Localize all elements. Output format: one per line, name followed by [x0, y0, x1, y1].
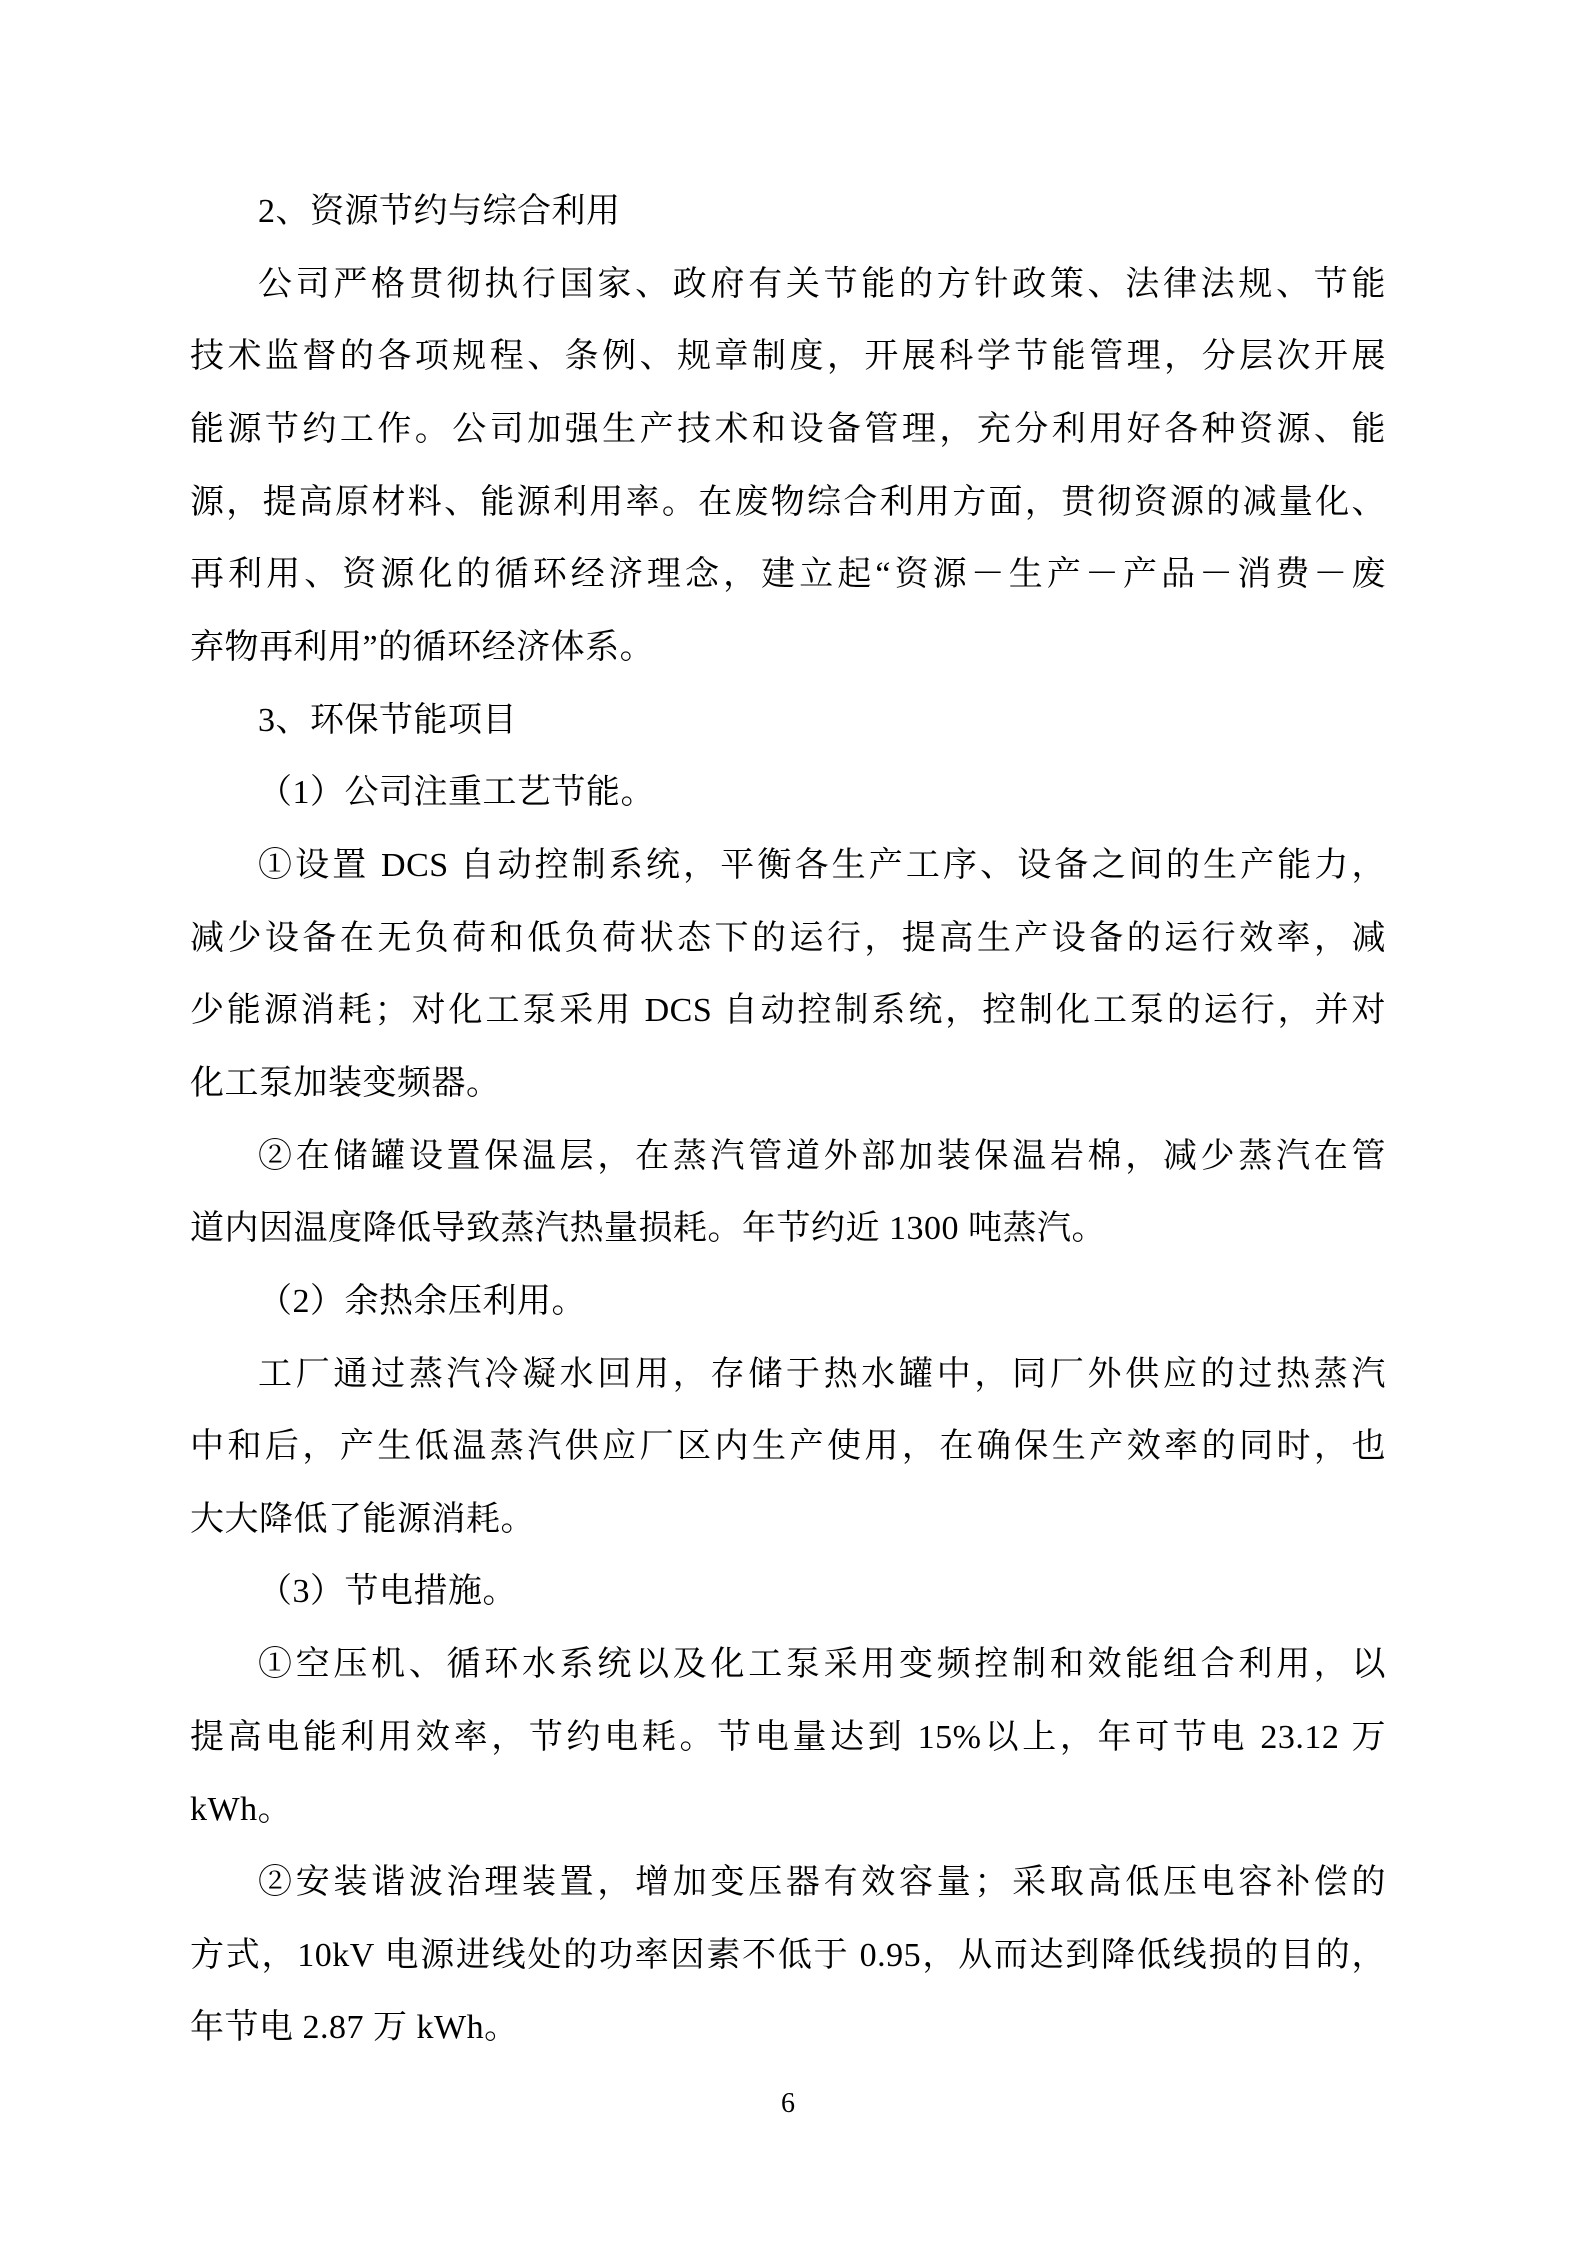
- text-line: 弃物再利用”的循环经济体系。: [190, 612, 1386, 685]
- text-line: （3）节电措施。: [190, 1556, 1386, 1629]
- text-line: 道内因温度降低导致蒸汽热量损耗。年节约近 1300 吨蒸汽。: [190, 1193, 1386, 1266]
- text-line: 能源节约工作。公司加强生产技术和设备管理，充分利用好各种资源、能: [190, 394, 1386, 467]
- text-line: 公司严格贯彻执行国家、政府有关节能的方针政策、法律法规、节能: [190, 249, 1386, 322]
- document-page: 2、资源节约与综合利用公司严格贯彻执行国家、政府有关节能的方针政策、法律法规、节…: [0, 0, 1586, 2245]
- page-number: 6: [190, 2083, 1386, 2125]
- text-line: ②安装谐波治理装置，增加变压器有效容量；采取高低压电容补偿的: [190, 1847, 1386, 1920]
- text-line: 2、资源节约与综合利用: [190, 176, 1386, 249]
- text-line: （2）余热余压利用。: [190, 1266, 1386, 1339]
- document-body: 2、资源节约与综合利用公司严格贯彻执行国家、政府有关节能的方针政策、法律法规、节…: [190, 176, 1386, 2065]
- text-line: ①空压机、循环水系统以及化工泵采用变频控制和效能组合利用，以: [190, 1629, 1386, 1702]
- text-line: ①设置 DCS 自动控制系统，平衡各生产工序、设备之间的生产能力，: [190, 830, 1386, 903]
- text-line: 工厂通过蒸汽冷凝水回用，存储于热水罐中，同厂外供应的过热蒸汽: [190, 1339, 1386, 1412]
- text-line: 提高电能利用效率，节约电耗。节电量达到 15%以上，年可节电 23.12 万: [190, 1702, 1386, 1775]
- text-line: 中和后，产生低温蒸汽供应厂区内生产使用，在确保生产效率的同时，也: [190, 1411, 1386, 1484]
- text-line: 大大降低了能源消耗。: [190, 1484, 1386, 1557]
- text-line: 3、环保节能项目: [190, 685, 1386, 758]
- text-line: ②在储罐设置保温层，在蒸汽管道外部加装保温岩棉，减少蒸汽在管: [190, 1121, 1386, 1194]
- text-line: 方式，10kV 电源进线处的功率因素不低于 0.95，从而达到降低线损的目的，: [190, 1920, 1386, 1993]
- text-line: （1）公司注重工艺节能。: [190, 757, 1386, 830]
- text-line: 源，提高原材料、能源利用率。在废物综合利用方面，贯彻资源的减量化、: [190, 467, 1386, 540]
- text-line: 少能源消耗；对化工泵采用 DCS 自动控制系统，控制化工泵的运行，并对: [190, 975, 1386, 1048]
- text-line: 化工泵加装变频器。: [190, 1048, 1386, 1121]
- text-line: 年节电 2.87 万 kWh。: [190, 1992, 1386, 2065]
- text-line: 技术监督的各项规程、条例、规章制度，开展科学节能管理，分层次开展: [190, 321, 1386, 394]
- text-line: 再利用、资源化的循环经济理念，建立起“资源－生产－产品－消费－废: [190, 539, 1386, 612]
- text-line: 减少设备在无负荷和低负荷状态下的运行，提高生产设备的运行效率，减: [190, 903, 1386, 976]
- text-line: kWh。: [190, 1774, 1386, 1847]
